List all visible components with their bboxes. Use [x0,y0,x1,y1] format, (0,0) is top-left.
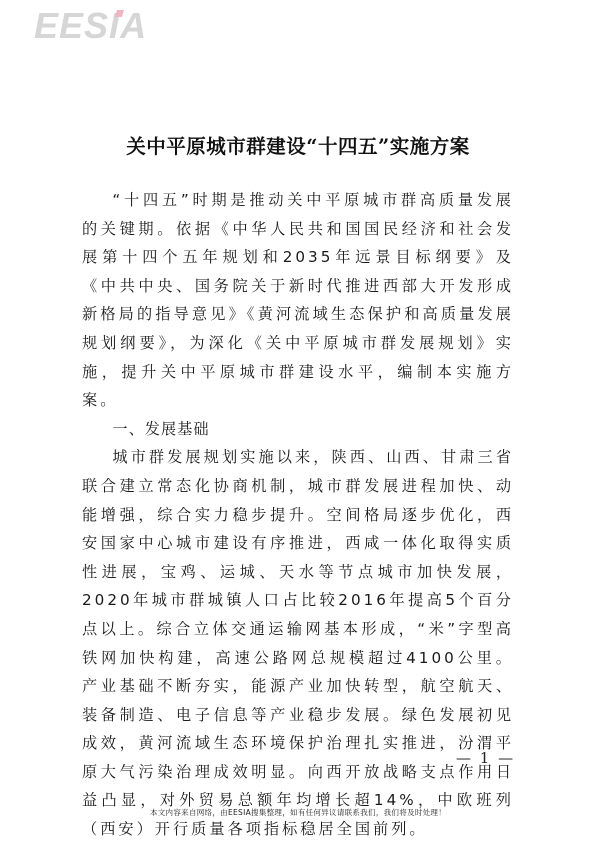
section-paragraph: 城市群发展规划实施以来，陕西、山西、甘肃三省联合建立常态化协商机制，城市群发展进… [82,443,514,842]
logo-i-mark: I [109,8,120,44]
footer-disclaimer: 本文内容来自网络，由EESIA搜集整理，如有任何异议请联系我们，我们将及时处理！ [0,807,596,818]
document-body: “十四五”时期是推动关中平原城市群高质量发展的关键期。依据《中华人民共和国国民经… [82,186,514,842]
eesia-logo: EESIA [34,8,147,44]
logo-text-suffix: A [120,5,147,46]
page-number: — 1 — [456,749,515,767]
section-heading: 一、发展基础 [82,415,514,444]
logo-text-prefix: EES [34,5,109,46]
document-title: 关中平原城市群建设“十四五”实施方案 [0,131,596,159]
intro-paragraph: “十四五”时期是推动关中平原城市群高质量发展的关键期。依据《中华人民共和国国民经… [82,186,514,415]
